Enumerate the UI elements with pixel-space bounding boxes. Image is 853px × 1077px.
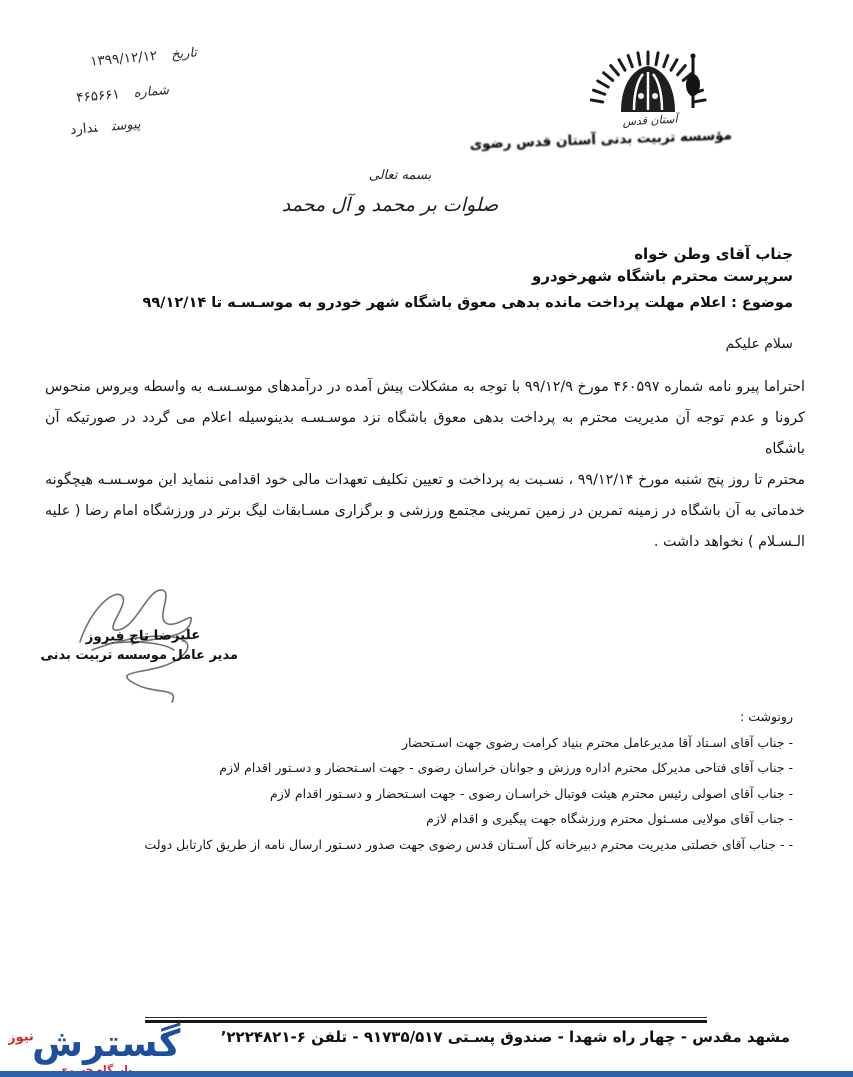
gostaresh-news-logo: نیوز گسترش پایــگاه خبــری bbox=[8, 1028, 178, 1074]
body-line: خدماتی به آن باشگاه در زمینه تمرین در زم… bbox=[45, 496, 805, 527]
cc-label: رونوشت : bbox=[145, 704, 793, 730]
handwritten-signature-icon bbox=[62, 580, 232, 710]
number-value: ۴۶۵۶۶۱ bbox=[76, 86, 121, 106]
attachment-value: ندارد bbox=[70, 120, 99, 138]
salutation: سلام علیکم bbox=[726, 336, 793, 352]
letter-date-row: تاریخ۱۳۹۹/۱۲/۱۲ bbox=[89, 41, 197, 69]
astan-quds-emblem: آستان قدس مؤسسه تربیت بدنی آستان قدس رضو… bbox=[590, 30, 790, 170]
signature-block: علیرضا تاج فیروز مدیر عامل موسسه تربیت ب… bbox=[48, 580, 248, 720]
letter-attachment-row: پیوستندارد bbox=[70, 113, 142, 138]
salavat-text: صلوات بر محمد و آل محمد bbox=[240, 194, 540, 216]
date-value: ۱۳۹۹/۱۲/۱۲ bbox=[90, 48, 158, 70]
letter-number-row: شماره۴۶۵۶۶۱ bbox=[75, 79, 169, 106]
body-line: الـسـلام ) نخواهد داشت . bbox=[45, 527, 805, 558]
number-label: شماره bbox=[133, 83, 170, 101]
letter-body: احتراما پیرو نامه شماره ۴۶۰۵۹۷ مورخ ۹۹/۱… bbox=[45, 372, 805, 558]
cc-item: - جناب آقای فتاحی مدیرکل محترم اداره ورز… bbox=[145, 755, 793, 781]
body-line: احتراما پیرو نامه شماره ۴۶۰۵۹۷ مورخ ۹۹/۱… bbox=[45, 372, 805, 403]
attachment-label: پیوست bbox=[111, 117, 141, 134]
body-line: کرونا و عدم توجه آن مدیریت محترم به پردا… bbox=[45, 403, 805, 465]
recipient-block: جناب آقای وطن خواه سرپرست محترم باشگاه ش… bbox=[532, 243, 793, 287]
cc-list: رونوشت : - جناب آقای اسـتاد آقا مدیرعامل… bbox=[145, 704, 793, 857]
signer-name: علیرضا تاج فیروز bbox=[58, 627, 228, 646]
cc-item: - - جناب آقای خصلتی مدیریت محترم دبیرخان… bbox=[145, 832, 793, 858]
signer-title: مدیر عامل موسسه تربیت بدنی bbox=[48, 648, 238, 663]
news-logo-sub: نیوز bbox=[8, 1029, 35, 1046]
news-logo-main: گسترش bbox=[32, 1022, 180, 1065]
date-label: تاریخ bbox=[171, 45, 198, 62]
subject-line: موضوع : اعلام مهلت پرداخت مانده بدهی معو… bbox=[142, 295, 793, 311]
footer-address: مشهد مقدس - چهار راه شهدا - صندوق پسـتی … bbox=[221, 1028, 790, 1046]
emblem-org-name-2: مؤسسه تربیت بدنی آستان قدس رضوی bbox=[582, 127, 732, 148]
cc-item: - جناب آقای اصولی رئیس محترم هیئت فوتبال… bbox=[145, 781, 793, 807]
recipient-title: سرپرست محترم باشگاه شهرخودرو bbox=[532, 265, 793, 287]
bottom-blue-bar bbox=[0, 1071, 853, 1077]
footer-divider-thin bbox=[145, 1017, 707, 1018]
recipient-name: جناب آقای وطن خواه bbox=[532, 243, 793, 265]
scanned-letter-page: تاریخ۱۳۹۹/۱۲/۱۲ شماره۴۶۵۶۶۱ پیوستندارد bbox=[0, 0, 853, 1077]
cc-item: - جناب آقای اسـتاد آقا مدیرعامل محترم بن… bbox=[145, 730, 793, 756]
footer-divider bbox=[145, 1020, 707, 1023]
body-line: محترم تا روز پنج شنبه مورخ ۹۹/۱۲/۱۴ ، نس… bbox=[45, 465, 805, 496]
bismillah-text: بسمه تعالی bbox=[295, 168, 505, 183]
cc-item: - جناب آقای مولایی مسـئول محترم ورزشگاه … bbox=[145, 806, 793, 832]
